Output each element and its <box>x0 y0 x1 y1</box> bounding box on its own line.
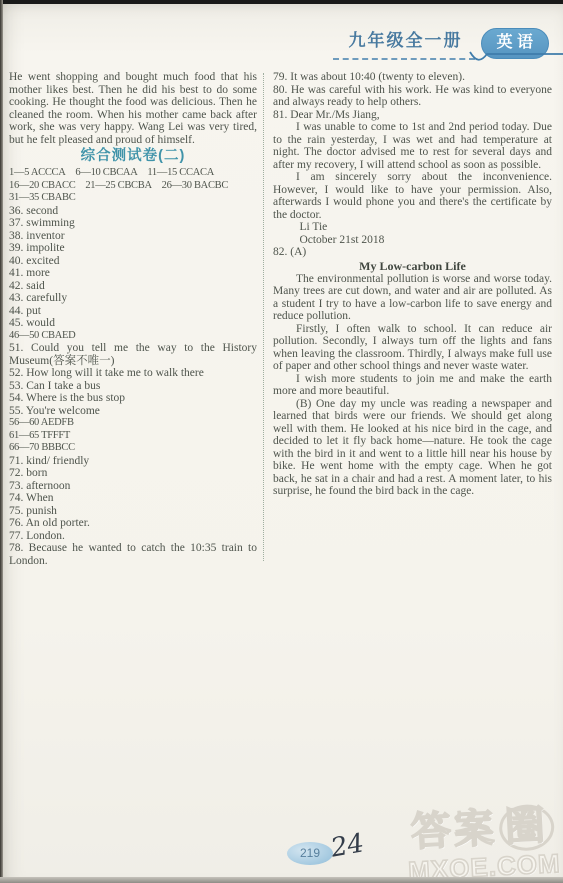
text-block: 51. Could you tell me the way to the His… <box>9 342 257 367</box>
text-block: 78. Because he wanted to catch the 10:35… <box>9 542 257 567</box>
text-block: 80. He was careful with his work. He was… <box>273 84 552 109</box>
text-block: 61—65 TFFFT <box>9 430 257 443</box>
text-block: October 21st 2018 <box>273 234 552 247</box>
text-block: 79. It was about 10:40 (twenty to eleven… <box>273 71 552 84</box>
text-block: 72. born <box>9 467 257 480</box>
text-block: I am sincerely sorry about the inconveni… <box>273 171 552 221</box>
text-block: 31—35 CBABC <box>9 192 257 205</box>
scan-border-left <box>0 0 3 883</box>
right-column: 79. It was about 10:40 (twenty to eleven… <box>273 71 552 498</box>
text-block: He went shopping and bought much food th… <box>9 71 257 146</box>
text-block: 53. Can I take a bus <box>9 380 257 393</box>
text-block: 40. excited <box>9 255 257 268</box>
watermark-text: 答案 <box>409 806 497 854</box>
text-block: The environmental pollution is worse and… <box>273 273 552 323</box>
column-divider <box>263 73 264 561</box>
text-block: Li Tie <box>273 221 552 234</box>
left-column: He went shopping and bought much food th… <box>9 71 257 567</box>
text-block: 77. London. <box>9 530 257 543</box>
subject-badge: 英 语 <box>481 28 549 59</box>
text-block: Firstly, I often walk to school. It can … <box>273 323 552 373</box>
handwritten-note: 24 <box>329 828 367 863</box>
text-block: 71. kind/ friendly <box>9 455 257 468</box>
page-number-badge: 219 <box>287 842 333 865</box>
subject-badge-label: 英 语 <box>497 34 533 51</box>
text-block: 66—70 BBBCC <box>9 442 257 455</box>
text-block: 75. punish <box>9 505 257 518</box>
text-block: 56—60 AEDFB <box>9 417 257 430</box>
text-block: (B) One day my uncle was reading a newsp… <box>273 398 552 498</box>
text-block: My Low-carbon Life <box>273 259 552 273</box>
page-header: 九年级全一册 英 语 <box>333 26 549 60</box>
text-block: 73. afternoon <box>9 480 257 493</box>
text-block: 76. An old porter. <box>9 517 257 530</box>
text-block: 42. said <box>9 280 257 293</box>
text-block: 54. Where is the bus stop <box>9 392 257 405</box>
text-block: 36. second <box>9 205 257 218</box>
text-block: 82. (A) <box>273 246 552 259</box>
text-block: 38. inventor <box>9 230 257 243</box>
text-block: 55. You're welcome <box>9 405 257 418</box>
text-block: 1—5 ACCCA 6—10 CBCAA 11—15 CCACA <box>9 167 257 180</box>
text-block: 45. would <box>9 317 257 330</box>
text-block: I was unable to come to 1st and 2nd peri… <box>273 121 552 171</box>
text-block: 46—50 CBAED <box>9 330 257 343</box>
watermark-circled-char: 圈 <box>497 803 554 852</box>
text-block: 43. carefully <box>9 292 257 305</box>
text-block: 37. swimming <box>9 217 257 230</box>
scan-border-top <box>0 0 563 4</box>
text-block: 44. put <box>9 305 257 318</box>
text-block: 52. How long will it take me to walk the… <box>9 367 257 380</box>
text-block: 39. impolite <box>9 242 257 255</box>
page-number: 219 <box>300 846 320 860</box>
scan-border-bottom <box>0 877 563 883</box>
text-block: I wish more students to join me and make… <box>273 373 552 398</box>
text-block: 81. Dear Mr./Ms Jiang, <box>273 109 552 122</box>
volume-title: 九年级全一册 <box>333 26 475 60</box>
text-block: 41. more <box>9 267 257 280</box>
text-block: 综合测试卷(二) <box>9 146 257 167</box>
text-block: 74. When <box>9 492 257 505</box>
watermark: 答案圈 MXQE.COM <box>405 803 561 883</box>
text-block: 16—20 CBACC 21—25 CBCBA 26—30 BACBC <box>9 180 257 193</box>
badge-underline-flourish <box>468 50 563 64</box>
